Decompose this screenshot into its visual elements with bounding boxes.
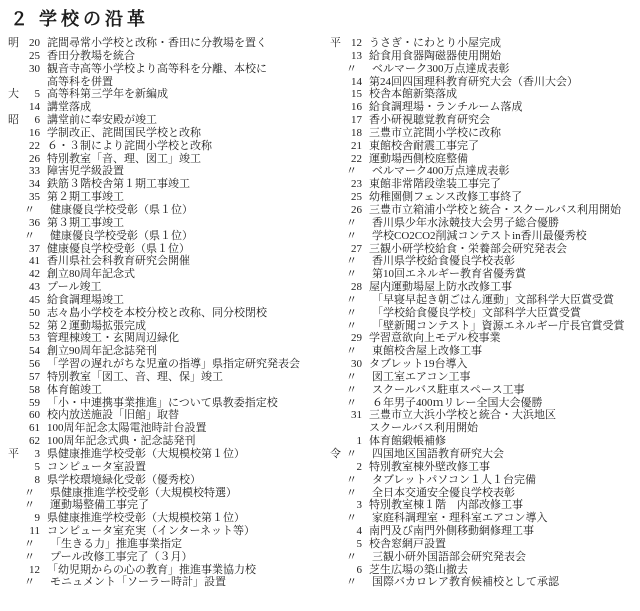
timeline-row: 30タブレット19台導入 <box>330 358 640 371</box>
timeline-column-left: 明20詫間尋常小学校と改称・香田に分教場を置く25香田分教場を統合30観音寺高等… <box>0 37 322 589</box>
timeline-row: 〃家庭科調理室・理科室エアコン導入 <box>330 512 640 525</box>
year-label: 6 <box>21 114 40 127</box>
era-label <box>8 76 21 89</box>
event-text: 国際バカロレア教育候補校として承認 <box>372 576 559 589</box>
ditto-mark: 〃 <box>343 230 365 243</box>
timeline-row: 61100周年記念太陽電池時計台設置 <box>8 422 322 435</box>
year-label: 21 <box>343 140 362 153</box>
era-label <box>8 422 21 435</box>
ditto-mark: 〃 <box>21 204 43 217</box>
event-text: 屋内運動場屋上防水改修工事 <box>369 281 512 294</box>
era-label <box>330 307 343 320</box>
era-label <box>330 525 343 538</box>
era-label <box>8 371 21 384</box>
event-text: 「壁新聞コンテスト」資源エネルギー庁長官賞受賞 <box>372 320 625 333</box>
timeline-row: 11コンピュータ室充実（インターネット等） <box>8 525 322 538</box>
event-text: 第３期工事竣工 <box>47 217 124 230</box>
era-label <box>8 474 21 487</box>
year-label: 4 <box>343 525 362 538</box>
era-label <box>330 345 343 358</box>
era-label <box>8 461 21 474</box>
timeline-row: 〃図工室エアコン工事 <box>330 371 640 384</box>
year-label: 60 <box>21 409 40 422</box>
era-label <box>330 358 343 371</box>
timeline-column-right: 平12うさぎ・にわとり小屋完成13給食用食器陶磁器使用開始〃ベルマーク300万点… <box>322 37 640 589</box>
year-label: 42 <box>21 268 40 281</box>
era-label <box>330 538 343 551</box>
timeline-row: 平12うさぎ・にわとり小屋完成 <box>330 37 640 50</box>
year-label: 23 <box>343 178 362 191</box>
event-text: 給食用食器陶磁器使用開始 <box>369 50 501 63</box>
event-text: プール竣工 <box>47 281 101 294</box>
era-label <box>330 243 343 256</box>
event-text: 特別教室棟外壁改修工事 <box>369 461 490 474</box>
era-label <box>330 422 343 435</box>
timeline-row: 60校内放送施設「旧館」取替 <box>8 409 322 422</box>
timeline-row: 〃スクールバス駐車スペース工事 <box>330 384 640 397</box>
page-title: ２学校の沿革 <box>10 5 149 31</box>
era-label <box>330 294 343 307</box>
event-text: 幼稚園側フェンス改修工事終了 <box>369 191 522 204</box>
era-label <box>8 487 21 500</box>
timeline-row: 〃「生きる力」推進事業指定 <box>8 538 322 551</box>
event-text: 高等科第三学年を新編成 <box>47 88 168 101</box>
era-label: 大 <box>8 88 21 101</box>
era-label <box>8 358 21 371</box>
ditto-mark: 〃 <box>21 576 43 589</box>
timeline-row: 13給食用食器陶磁器使用開始 <box>330 50 640 63</box>
era-label <box>330 435 343 448</box>
timeline-row: 〃香川県学校給食優良学校表彰 <box>330 255 640 268</box>
year-label: 15 <box>343 88 362 101</box>
event-text: ベルマーク300万点達成表彰 <box>372 63 510 76</box>
timeline-row: 〃香川県少年水泳競技大会男子総合優勝 <box>330 217 640 230</box>
timeline-row: 14講堂落成 <box>8 101 322 114</box>
era-label <box>330 127 343 140</box>
era-label <box>330 165 343 178</box>
timeline-columns: 明20詫間尋常小学校と改称・香田に分教場を置く25香田分教場を統合30観音寺高等… <box>0 37 640 589</box>
timeline-row: 5コンピュータ室設置 <box>8 461 322 474</box>
timeline-row: 17香小研視聴覚教育研究会 <box>330 114 640 127</box>
event-text: 「学習の遅れがちな児童の指導」県指定研究発表会 <box>47 358 300 371</box>
timeline-row: 〃プール改修工事完了（３月） <box>8 551 322 564</box>
timeline-row: 41香川県社会科教育研究会開催 <box>8 255 322 268</box>
year-label: 41 <box>21 255 40 268</box>
era-label <box>330 384 343 397</box>
era-label <box>8 512 21 525</box>
ditto-mark: 〃 <box>343 512 365 525</box>
year-label: 22 <box>21 140 40 153</box>
year-label: 12 <box>21 564 40 577</box>
year-label: 58 <box>21 384 40 397</box>
ditto-mark: 〃 <box>343 448 365 461</box>
timeline-row: 1体育館緞帳補修 <box>330 435 640 448</box>
event-text: 第24回四国理科教育研究大会（香川大会） <box>369 76 578 89</box>
era-label <box>8 525 21 538</box>
era-label <box>8 576 21 589</box>
timeline-row: 9県健康推進学校受彰（大規模校第１位） <box>8 512 322 525</box>
timeline-row: 34鉄筋３階校舎第１期工事竣工 <box>8 178 322 191</box>
timeline-row: 37健康優良学校受彰（県１位） <box>8 243 322 256</box>
event-text: 三豊市立箱浦小学校と統合・スクールバス利用開始 <box>369 204 621 217</box>
event-text: 鉄筋３階校舎第１期工事竣工 <box>47 178 190 191</box>
event-text: 図工室エアコン工事 <box>372 371 470 384</box>
era-label <box>330 153 343 166</box>
event-text: 健康優良学校受彰（県１位） <box>50 204 193 217</box>
year-label: 25 <box>21 50 40 63</box>
year-label: 5 <box>21 461 40 474</box>
era-label <box>330 461 343 474</box>
event-text: 四国地区国語教育研究大会 <box>372 448 504 461</box>
event-text: 校内放送施設「旧館」取替 <box>47 409 179 422</box>
timeline-row: 35第２期工事竣工 <box>8 191 322 204</box>
year-label: 57 <box>21 371 40 384</box>
timeline-row: 25香田分教場を統合 <box>8 50 322 63</box>
era-label <box>8 178 21 191</box>
year-label: 62 <box>21 435 40 448</box>
event-text: 給食調理場竣工 <box>47 294 124 307</box>
timeline-row: 〃全日本交通安全優良学校表彰 <box>330 487 640 500</box>
year-label: 13 <box>343 50 362 63</box>
event-text: 100周年記念太陽電池時計台設置 <box>47 422 207 435</box>
timeline-row: 62100周年記念式典・記念誌発刊 <box>8 435 322 448</box>
event-text: 学習意欲向上モデル校事業 <box>369 332 500 345</box>
timeline-row: 16学制改正、詫間国民学校と改称 <box>8 127 322 140</box>
era-label <box>330 281 343 294</box>
era-label <box>8 281 21 294</box>
era-label <box>8 345 21 358</box>
era-label <box>330 114 343 127</box>
event-text: ベルマーク400万点達成表彰 <box>372 165 510 178</box>
event-text: 体育館竣工 <box>47 384 102 397</box>
year-label: 2 <box>343 461 362 474</box>
timeline-row: 25幼稚園側フェンス改修工事終了 <box>330 191 640 204</box>
era-label <box>8 294 21 307</box>
era-label <box>330 63 343 76</box>
event-text: 「早寝早起き朝ごはん運動」文部科学大臣賞受賞 <box>372 294 614 307</box>
event-text: 高等科を併置 <box>47 76 113 89</box>
era-label <box>8 435 21 448</box>
year-label: 27 <box>343 243 362 256</box>
ditto-mark: 〃 <box>21 538 43 551</box>
event-text: 香田分教場を統合 <box>47 50 135 63</box>
year-label: 50 <box>21 307 40 320</box>
era-label <box>8 191 21 204</box>
event-text: 運動場西側校庭整備 <box>369 153 468 166</box>
timeline-row: 54創立90周年記念誌発刊 <box>8 345 322 358</box>
timeline-row: 〃モニュメント「ソーラー時計」設置 <box>8 576 322 589</box>
timeline-row: 59「小・中連携事業推進」について県教委指定校 <box>8 397 322 410</box>
era-label <box>330 474 343 487</box>
ditto-mark: 〃 <box>343 255 365 268</box>
ditto-mark: 〃 <box>21 230 43 243</box>
event-text: 特別教室「図工、音、理、保」竣工 <box>47 371 223 384</box>
year-label: 31 <box>343 409 362 422</box>
event-text: 体育館緞帳補修 <box>369 435 446 448</box>
timeline-row: 〃運動場整備工事完了 <box>8 499 322 512</box>
event-text: 第10回エネルギー教育省優秀賞 <box>372 268 526 281</box>
ditto-mark: 〃 <box>343 63 365 76</box>
era-label <box>330 397 343 410</box>
year-label: 52 <box>21 320 40 333</box>
ditto-mark: 〃 <box>21 499 43 512</box>
year-label: 16 <box>21 127 40 140</box>
timeline-row: 36第３期工事竣工 <box>8 217 322 230</box>
year-label: 59 <box>21 397 40 410</box>
event-text: タブレット19台導入 <box>369 358 467 371</box>
era-label <box>8 499 21 512</box>
event-text: 「学校給食優良学校」文部科学大臣賞受賞 <box>372 307 581 320</box>
year-label: 53 <box>21 332 40 345</box>
timeline-row: 〃タブレットパソコン１人１台完備 <box>330 474 640 487</box>
ditto-mark: 〃 <box>343 268 365 281</box>
event-text: 講堂前に奉安殿が竣工 <box>47 114 157 127</box>
title-number: ２ <box>10 9 32 29</box>
timeline-row: 4南門及び南門外側移動網修理工事 <box>330 525 640 538</box>
era-label <box>330 320 343 333</box>
timeline-row: 18三豊市立詫間小学校に改称 <box>330 127 640 140</box>
era-label <box>8 551 21 564</box>
event-text: 健康優良学校受彰（県１位） <box>47 243 190 256</box>
year-label: 5 <box>343 538 362 551</box>
timeline-row: 〃三観小研外国語部会研究発表会 <box>330 551 640 564</box>
timeline-row: 22６・３制により詫間小学校と改称 <box>8 140 322 153</box>
era-label <box>8 564 21 577</box>
timeline-row: 30観音寺高等小学校より高等科を分離、本校に <box>8 63 322 76</box>
event-text: 香川県少年水泳競技大会男子総合優勝 <box>372 217 559 230</box>
era-label: 平 <box>330 37 343 50</box>
era-label <box>330 551 343 564</box>
timeline-row: 〃第10回エネルギー教育省優秀賞 <box>330 268 640 281</box>
event-text: 南門及び南門外側移動網修理工事 <box>369 525 534 538</box>
year-label: 30 <box>343 358 362 371</box>
timeline-row: 〃「学校給食優良学校」文部科学大臣賞受賞 <box>330 307 640 320</box>
timeline-row: 23東館非常階段塗装工事完了 <box>330 178 640 191</box>
timeline-row: スクールバス利用開始 <box>330 422 640 435</box>
year-label: 11 <box>21 525 40 538</box>
era-label <box>8 255 21 268</box>
event-text: 県健康推進学校受彰（大規模校特選） <box>50 487 237 500</box>
year-label: 20 <box>21 37 40 50</box>
event-text: 運動場整備工事完了 <box>50 499 149 512</box>
event-text: 校舎窓網戸設置 <box>369 538 446 551</box>
event-text: 学制改正、詫間国民学校と改称 <box>47 127 201 140</box>
timeline-row: 42創立80周年記念式 <box>8 268 322 281</box>
timeline-row: 高等科を併置 <box>8 76 322 89</box>
era-label: 平 <box>8 448 21 461</box>
timeline-row: 16給食調理場・ランチルーム落成 <box>330 101 640 114</box>
event-text: 志々島小学校を本校分校と改称、同分校閉校 <box>47 307 267 320</box>
era-label <box>8 243 21 256</box>
ditto-mark: 〃 <box>343 165 365 178</box>
event-text: 香小研視聴覚教育研究会 <box>369 114 490 127</box>
year-label: 14 <box>343 76 362 89</box>
era-label <box>8 307 21 320</box>
era-label <box>330 576 343 589</box>
era-label <box>330 178 343 191</box>
ditto-mark: 〃 <box>21 487 43 500</box>
era-label <box>8 397 21 410</box>
ditto-mark: 〃 <box>343 397 365 410</box>
event-text: タブレットパソコン１人１台完備 <box>372 474 536 487</box>
event-text: 県健康推進学校受彰（大規模校第１位） <box>47 512 245 525</box>
year-label: 33 <box>21 165 40 178</box>
year-label: 35 <box>21 191 40 204</box>
era-label <box>330 88 343 101</box>
year-label: 29 <box>343 332 362 345</box>
ditto-mark: 〃 <box>343 345 365 358</box>
year-label: 43 <box>21 281 40 294</box>
event-text: コンピュータ室設置 <box>47 461 146 474</box>
event-text: 詫間尋常小学校と改称・香田に分教場を置く <box>47 37 267 50</box>
year-label: 5 <box>21 88 40 101</box>
timeline-row: 31三豊市立大浜小学校と統合・大浜地区 <box>330 409 640 422</box>
ditto-mark: 〃 <box>343 371 365 384</box>
timeline-row: 53管理棟竣工・玄関周辺緑化 <box>8 332 322 345</box>
timeline-row: 52第２運動場拡張完成 <box>8 320 322 333</box>
timeline-row: 昭6講堂前に奉安殿が竣工 <box>8 114 322 127</box>
event-text: ６年男子400ｍリレー全国大会優勝 <box>372 397 543 410</box>
era-label <box>8 204 21 217</box>
year-label: 56 <box>21 358 40 371</box>
era-label <box>8 165 21 178</box>
ditto-mark: 〃 <box>343 487 365 500</box>
event-text: ６・３制により詫間小学校と改称 <box>47 140 212 153</box>
era-label <box>330 101 343 114</box>
timeline-row: 〃「早寝早起き朝ごはん運動」文部科学大臣賞受賞 <box>330 294 640 307</box>
timeline-row: 21東館校舎耐震工事完了 <box>330 140 640 153</box>
era-label <box>330 255 343 268</box>
event-text: モニュメント「ソーラー時計」設置 <box>50 576 226 589</box>
year-label: 37 <box>21 243 40 256</box>
year-label: 1 <box>343 435 362 448</box>
year-label: 8 <box>21 474 40 487</box>
era-label <box>8 332 21 345</box>
ditto-mark: 〃 <box>343 217 365 230</box>
timeline-row: 6芝生広場の築山撤去 <box>330 564 640 577</box>
era-label: 昭 <box>8 114 21 127</box>
event-text: 創立90周年記念誌発刊 <box>47 345 157 358</box>
event-text: 100周年記念式典・記念誌発刊 <box>47 435 196 448</box>
timeline-row: 〃東館校舎屋上改修工事 <box>330 345 640 358</box>
year-label: 61 <box>21 422 40 435</box>
timeline-row: 〃６年男子400ｍリレー全国大会優勝 <box>330 397 640 410</box>
event-text: 障害児学級設置 <box>47 165 124 178</box>
timeline-row: 5校舎窓網戸設置 <box>330 538 640 551</box>
year-label: 34 <box>21 178 40 191</box>
era-label <box>8 384 21 397</box>
timeline-row: 28屋内運動場屋上防水改修工事 <box>330 281 640 294</box>
era-label <box>8 217 21 230</box>
year-label: 16 <box>343 101 362 114</box>
era-label <box>8 230 21 243</box>
event-text: スクールバス駐車スペース工事 <box>372 384 524 397</box>
ditto-mark: 〃 <box>343 474 365 487</box>
year-label: 26 <box>21 153 40 166</box>
year-label: 30 <box>21 63 40 76</box>
era-label <box>8 153 21 166</box>
event-text: 創立80周年記念式 <box>47 268 135 281</box>
timeline-row: 平3県健康推進学校受彰（大規模校第１位） <box>8 448 322 461</box>
ditto-mark: 〃 <box>343 551 365 564</box>
event-text: 三観小研学校給食・栄養部会研究発表会 <box>369 243 567 256</box>
timeline-row: 45給食調理場竣工 <box>8 294 322 307</box>
event-text: 家庭科調理室・理科室エアコン導入 <box>372 512 547 525</box>
year-label: 3 <box>343 499 362 512</box>
era-label <box>330 76 343 89</box>
timeline-row: 56「学習の遅れがちな児童の指導」県指定研究発表会 <box>8 358 322 371</box>
event-text: 東館非常階段塗装工事完了 <box>369 178 501 191</box>
era-label <box>330 268 343 281</box>
timeline-row: 26特別教室「音、理、図工」竣工 <box>8 153 322 166</box>
event-text: 県健康推進学校受彰（大規模校第１位） <box>47 448 245 461</box>
era-label <box>330 191 343 204</box>
timeline-row: 26三豊市立箱浦小学校と統合・スクールバス利用開始 <box>330 204 640 217</box>
era-label <box>8 409 21 422</box>
year-label: 22 <box>343 153 362 166</box>
ditto-mark: 〃 <box>343 307 365 320</box>
event-text: 東館校舎屋上改修工事 <box>372 345 482 358</box>
timeline-row: 〃県健康推進学校受彰（大規模校特選） <box>8 487 322 500</box>
event-text: 香川県社会科教育研究会開催 <box>47 255 190 268</box>
timeline-row: 14第24回四国理科教育研究大会（香川大会） <box>330 76 640 89</box>
year-label <box>21 76 40 89</box>
year-label <box>343 422 362 435</box>
year-label: 26 <box>343 204 362 217</box>
timeline-row: 12「幼児期からの心の教育」推進事業協力校 <box>8 564 322 577</box>
event-text: 特別教室「音、理、図工」竣工 <box>47 153 201 166</box>
event-text: 三観小研外国語部会研究発表会 <box>372 551 526 564</box>
event-text: 全日本交通安全優良学校表彰 <box>372 487 515 500</box>
timeline-row: 大5高等科第三学年を新編成 <box>8 88 322 101</box>
timeline-row: 〃ベルマーク400万点達成表彰 <box>330 165 640 178</box>
title-text: 学校の沿革 <box>39 9 149 29</box>
year-label: 17 <box>343 114 362 127</box>
era-label <box>8 127 21 140</box>
era-label <box>330 499 343 512</box>
event-text: コンピュータ室充実（インターネット等） <box>47 525 255 538</box>
ditto-mark: 〃 <box>343 576 365 589</box>
timeline-row: 令〃四国地区国語教育研究大会 <box>330 448 640 461</box>
event-text: 健康優良学校受彰（県１位） <box>50 230 193 243</box>
era-label <box>330 230 343 243</box>
event-text: プール改修工事完了（３月） <box>50 551 192 564</box>
event-text: 管理棟竣工・玄関周辺緑化 <box>47 332 179 345</box>
timeline-row: 33障害児学級設置 <box>8 165 322 178</box>
timeline-row: 〃健康優良学校受彰（県１位） <box>8 204 322 217</box>
year-label: 9 <box>21 512 40 525</box>
event-text: 学校CO2CO2削減コンテストin香川最優秀校 <box>372 230 587 243</box>
event-text: 県学校環境緑化受彰（優秀校） <box>47 474 201 487</box>
ditto-mark: 〃 <box>343 384 365 397</box>
year-label: 12 <box>343 37 362 50</box>
timeline-row: 〃健康優良学校受彰（県１位） <box>8 230 322 243</box>
event-text: 給食調理場・ランチルーム落成 <box>369 101 522 114</box>
year-label: 54 <box>21 345 40 358</box>
era-label <box>8 268 21 281</box>
timeline-row: 50志々島小学校を本校分校と改称、同分校閉校 <box>8 307 322 320</box>
event-text: 香川県学校給食優良学校表彰 <box>372 255 515 268</box>
timeline-row: 8県学校環境緑化受彰（優秀校） <box>8 474 322 487</box>
document-page: ２学校の沿革 明20詫間尋常小学校と改称・香田に分教場を置く25香田分教場を統合… <box>0 0 640 611</box>
era-label <box>8 140 21 153</box>
era-label <box>330 204 343 217</box>
year-label: 28 <box>343 281 362 294</box>
event-text: 第２運動場拡張完成 <box>47 320 146 333</box>
year-label: 6 <box>343 564 362 577</box>
timeline-row: 22運動場西側校庭整備 <box>330 153 640 166</box>
event-text: 特別教室棟１階 内部改修工事 <box>369 499 523 512</box>
